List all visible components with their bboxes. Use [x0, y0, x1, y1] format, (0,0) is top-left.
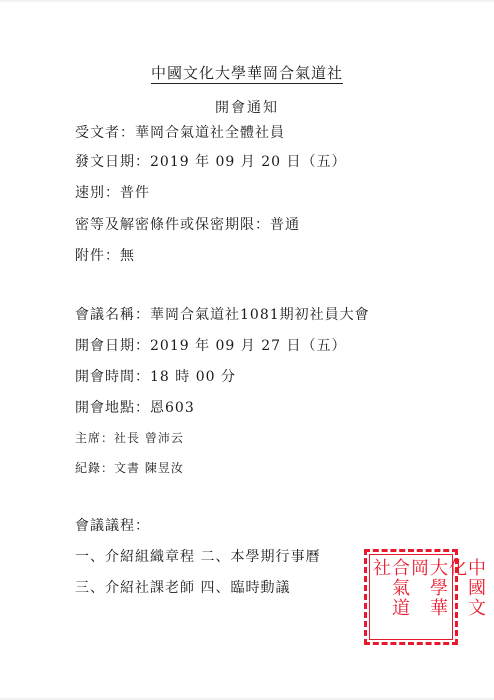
field-separator: ： — [120, 125, 135, 141]
field-label: 受文者 — [75, 125, 120, 141]
field-label: 開會地點 — [75, 400, 135, 416]
field-recipient: 受文者：華岡合氣道社全體社員 — [75, 122, 285, 142]
field-label: 速別 — [75, 185, 105, 201]
field-value: 恩603 — [150, 400, 195, 416]
field-value: 2019 年 09 月 20 日（五） — [150, 154, 347, 170]
field-recorder: 紀錄：文書 陳昱汝 — [75, 459, 184, 476]
field-label: 開會時間 — [75, 369, 135, 385]
field-separator: ： — [105, 185, 120, 201]
field-label: 會議名稱 — [75, 307, 135, 323]
seal-text: 合氣道社 — [371, 558, 409, 636]
field-label: 密等及解密條件或保密期限 — [75, 217, 255, 233]
field-separator: ： — [135, 400, 150, 416]
field-classification: 密等及解密條件或保密期限：普通 — [75, 214, 300, 234]
agenda-heading: 會議議程： — [75, 515, 150, 535]
field-label: 附件 — [75, 248, 105, 264]
field-label: 主席 — [75, 431, 101, 445]
club-seal-stamp: 中國文化 大學華岡 合氣道社 — [364, 549, 458, 645]
agenda-line: 一、介紹組織章程 二、本學期行事曆 — [75, 546, 320, 566]
field-separator: ： — [105, 248, 120, 264]
document-subtitle: 開會通知 — [0, 97, 494, 117]
agenda-line: 三、介紹社課老師 四、臨時動議 — [75, 577, 290, 597]
field-separator: ： — [135, 154, 150, 170]
field-separator: ： — [135, 307, 150, 323]
field-meeting-time: 開會時間：18 時 00 分 — [75, 366, 236, 386]
field-separator: ： — [101, 431, 114, 445]
document-title-text: 中國文化大學華岡合氣道社 — [151, 64, 343, 84]
field-separator: ： — [101, 461, 114, 475]
field-value: 華岡合氣道社全體社員 — [135, 125, 285, 141]
field-label: 紀錄 — [75, 461, 101, 475]
field-chair: 主席：社長 曾沛云 — [75, 429, 184, 446]
seal-text: 中國文化 — [447, 558, 485, 636]
field-separator: ： — [135, 338, 150, 354]
field-value: 18 時 00 分 — [150, 369, 236, 385]
field-meeting-name: 會議名稱：華岡合氣道社1081期初社員大會 — [75, 304, 370, 324]
field-value: 華岡合氣道社1081期初社員大會 — [150, 307, 370, 323]
field-separator: ： — [135, 369, 150, 385]
seal-text: 大學華岡 — [409, 558, 447, 636]
document-title: 中國文化大學華岡合氣道社 — [0, 62, 494, 83]
field-urgency: 速別：普件 — [75, 182, 150, 202]
field-attachment: 附件：無 — [75, 245, 135, 265]
field-value: 2019 年 09 月 27 日（五） — [150, 338, 347, 354]
field-value: 無 — [120, 248, 135, 264]
seal-column: 合氣道社 — [371, 558, 409, 636]
field-issue-date: 發文日期：2019 年 09 月 20 日（五） — [75, 151, 347, 171]
field-meeting-date: 開會日期：2019 年 09 月 27 日（五） — [75, 335, 347, 355]
field-value: 文書 陳昱汝 — [114, 461, 184, 475]
field-value: 普通 — [270, 217, 300, 233]
seal-column: 大學華岡 — [409, 558, 447, 636]
field-value: 普件 — [120, 185, 150, 201]
field-label: 發文日期 — [75, 154, 135, 170]
seal-column: 中國文化 — [447, 558, 485, 636]
field-label: 開會日期 — [75, 338, 135, 354]
field-meeting-location: 開會地點：恩603 — [75, 397, 195, 417]
field-value: 社長 曾沛云 — [114, 431, 184, 445]
page-top-edge — [0, 0, 494, 3]
field-separator: ： — [255, 217, 270, 233]
